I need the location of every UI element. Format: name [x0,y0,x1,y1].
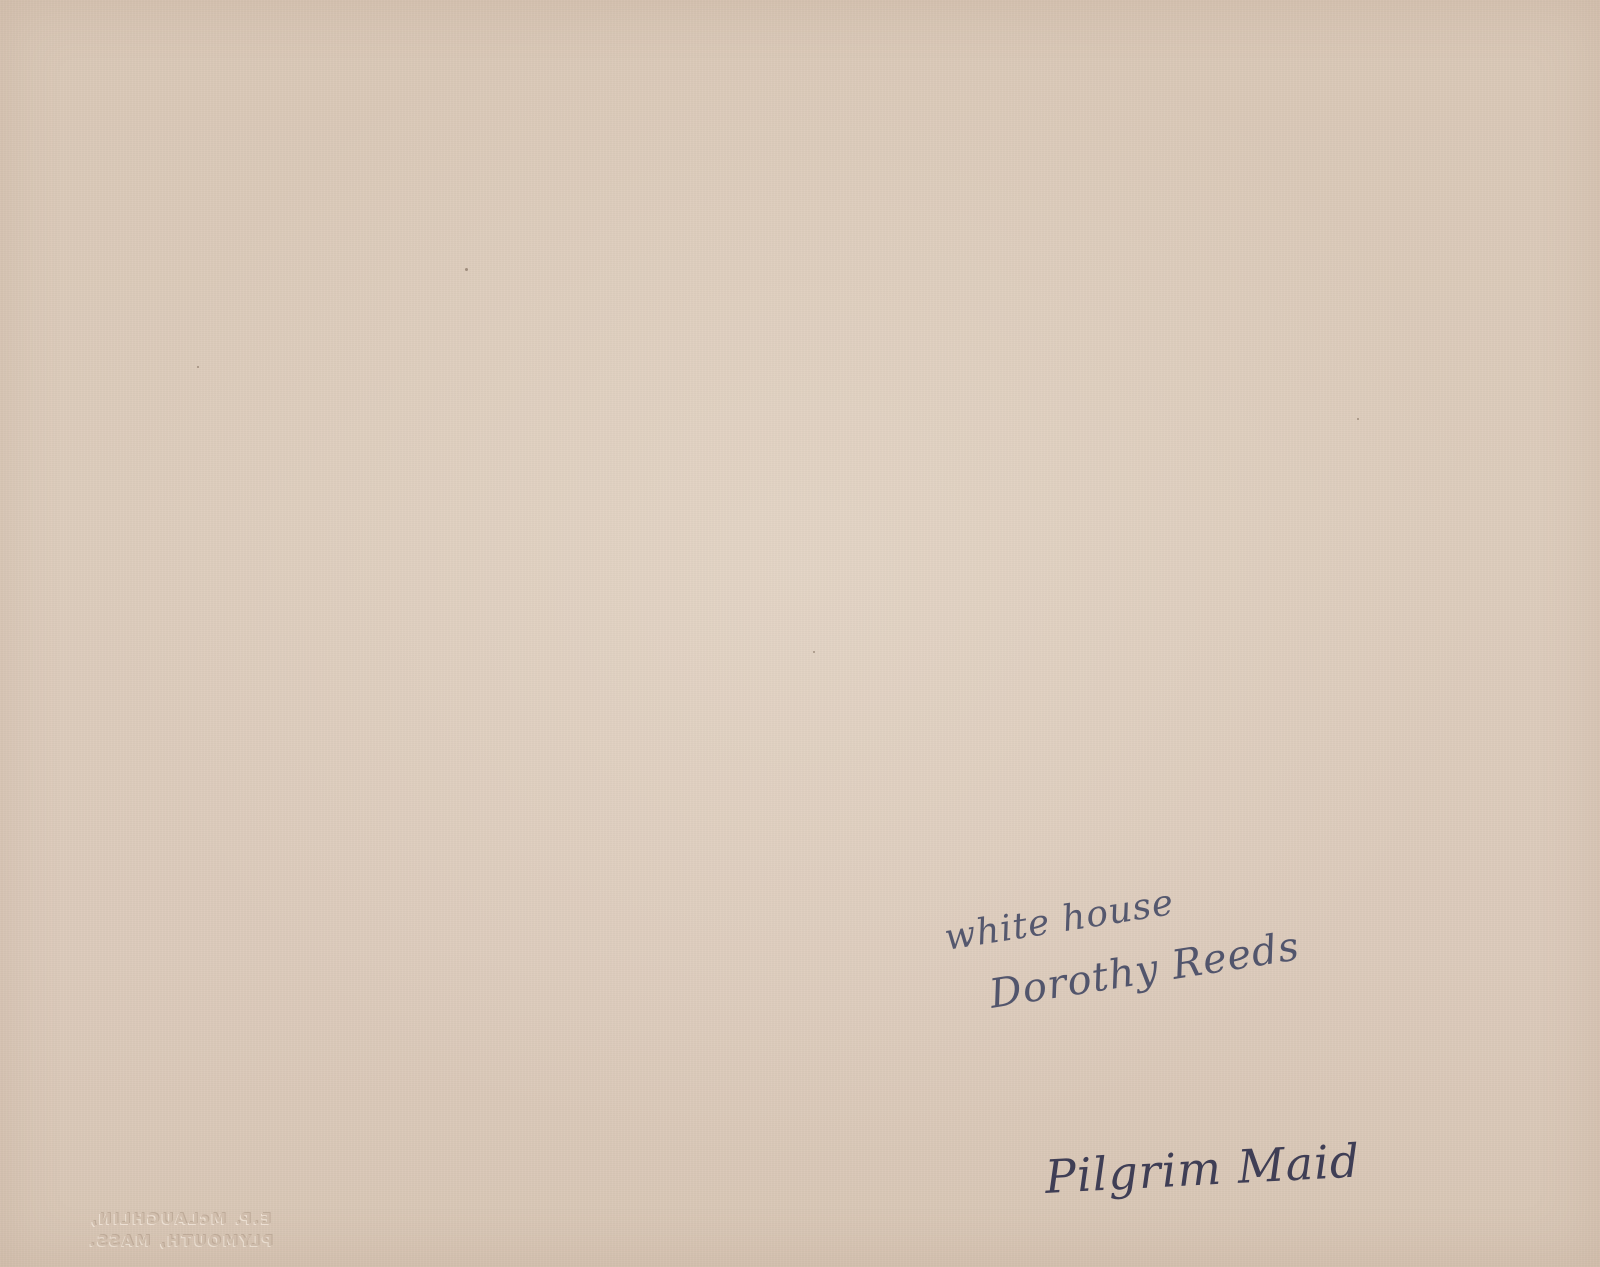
stamp-line-photographer: E.P. McLAUGHLIN, [50,1208,310,1230]
handwritten-title: Pilgrim Maid [1044,1134,1362,1204]
paper-speck [465,268,468,271]
paper-speck [813,651,815,653]
photo-mount-back: white house Dorothy Reeds Pilgrim Maid E… [0,0,1600,1267]
embossed-photographer-stamp: E.P. McLAUGHLIN, PLYMOUTH, MASS. [50,1208,310,1252]
paper-speck [197,366,199,368]
stamp-line-location: PLYMOUTH, MASS. [50,1230,310,1252]
paper-speck [1357,418,1359,420]
